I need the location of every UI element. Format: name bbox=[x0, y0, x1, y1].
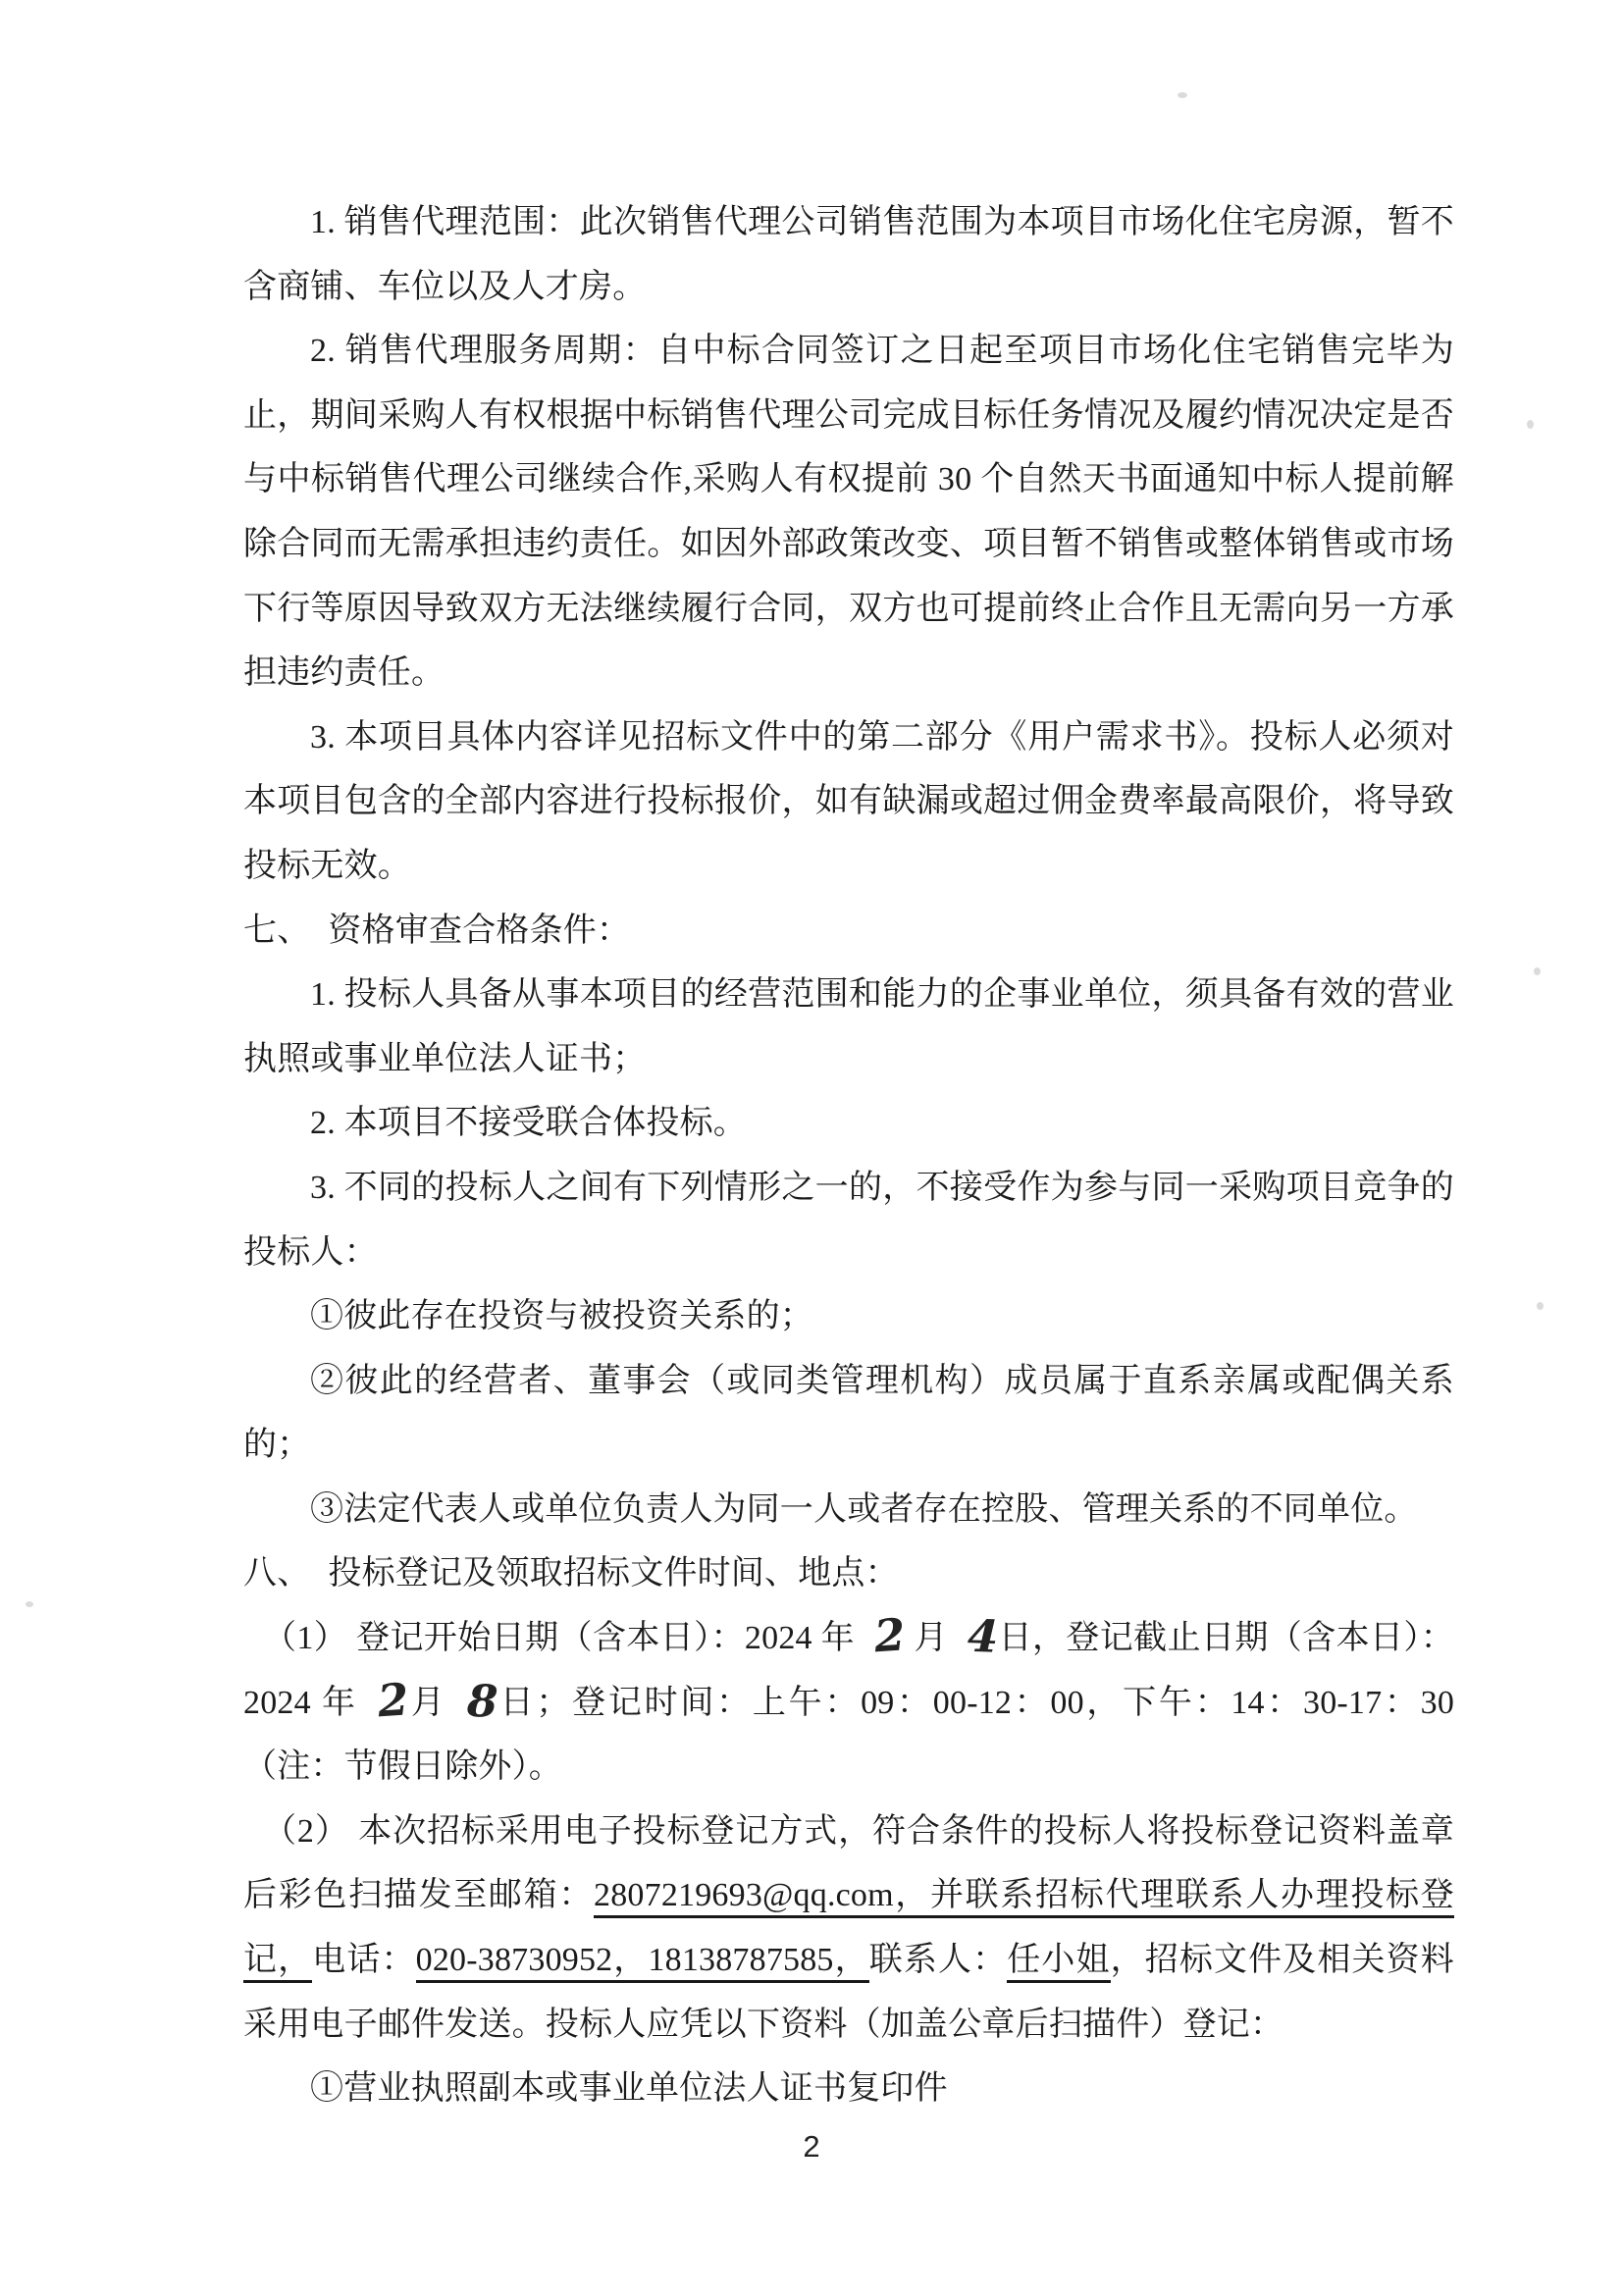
section-7-title: 资格审查合格条件： bbox=[328, 913, 630, 949]
contact-label: 联系人： bbox=[869, 1942, 1008, 1978]
page-number: 2 bbox=[0, 2129, 1623, 2165]
registration-date-sep2: 月 bbox=[408, 1685, 446, 1721]
contact-name: 任小姐 bbox=[1007, 1942, 1110, 1983]
section-8-number: 八、 bbox=[243, 1555, 310, 1592]
handwritten-start-day: 4 bbox=[947, 1613, 999, 1659]
qualification-item-1: 1. 投标人具备从事本项目的经营范围和能力的企事业单位，须具备有效的营业执照或事… bbox=[243, 963, 1454, 1091]
section-7-number: 七、 bbox=[243, 913, 310, 949]
section-8-heading: 八、投标登记及领取招标文件时间、地点： bbox=[243, 1541, 1454, 1606]
phone-numbers: 020-38730952，18138787585， bbox=[416, 1942, 869, 1983]
document-page: 1. 销售代理范围：此次销售代理公司销售范围为本项目市场化住宅房源，暂不含商铺、… bbox=[0, 0, 1623, 2296]
scan-artifact bbox=[1537, 1302, 1544, 1310]
conflict-item-3: ③法定代表人或单位负责人为同一人或者存在控股、管理关系的不同单位。 bbox=[243, 1478, 1454, 1542]
registration-date-sep1: 月 bbox=[906, 1620, 948, 1656]
scan-artifact bbox=[26, 1601, 33, 1607]
scan-artifact bbox=[1178, 92, 1187, 98]
conflict-item-2: ②彼此的经营者、董事会（或同类管理机构）成员属于直系亲属或配偶关系的； bbox=[243, 1349, 1454, 1478]
scan-artifact bbox=[1534, 967, 1541, 975]
attachment-item-1: ①营业执照副本或事业单位法人证书复印件 bbox=[243, 2057, 1454, 2121]
phone-label: 电话： bbox=[312, 1942, 415, 1978]
paragraph-service-period: 2. 销售代理服务周期：自中标合同签订之日起至项目市场化住宅销售完毕为止，期间采… bbox=[243, 319, 1454, 705]
registration-date-paragraph: （1） 登记开始日期（含本日）：2024 年2 月4日，登记截止日期（含本日）：… bbox=[243, 1606, 1454, 1800]
handwritten-start-month: 2 bbox=[854, 1612, 908, 1659]
conflict-item-1: ①彼此存在投资与被投资关系的； bbox=[243, 1284, 1454, 1349]
registration-method-paragraph: （2） 本次招标采用电子投标登记方式，符合条件的投标人将投标登记资料盖章后彩色扫… bbox=[243, 1800, 1454, 2057]
handwritten-end-month: 2 bbox=[356, 1677, 410, 1724]
paragraph-project-content: 3. 本项目具体内容详见招标文件中的第二部分《用户需求书》。投标人必须对本项目包… bbox=[243, 705, 1454, 899]
section-7-heading: 七、资格审查合格条件： bbox=[243, 899, 1454, 964]
section-8-title: 投标登记及领取招标文件时间、地点： bbox=[328, 1555, 898, 1592]
qualification-item-3: 3. 不同的投标人之间有下列情形之一的，不接受作为参与同一采购项目竞争的投标人： bbox=[243, 1156, 1454, 1284]
document-body: 1. 销售代理范围：此次销售代理公司销售范围为本项目市场化住宅房源，暂不含商铺、… bbox=[243, 190, 1454, 2121]
qualification-item-2: 2. 本项目不接受联合体投标。 bbox=[243, 1091, 1454, 1156]
paragraph-sales-agency-scope: 1. 销售代理范围：此次销售代理公司销售范围为本项目市场化住宅房源，暂不含商铺、… bbox=[243, 190, 1454, 319]
handwritten-end-day: 8 bbox=[446, 1678, 498, 1724]
registration-date-text: （1） 登记开始日期（含本日）：2024 年 bbox=[263, 1620, 855, 1656]
scan-artifact bbox=[1527, 420, 1534, 429]
